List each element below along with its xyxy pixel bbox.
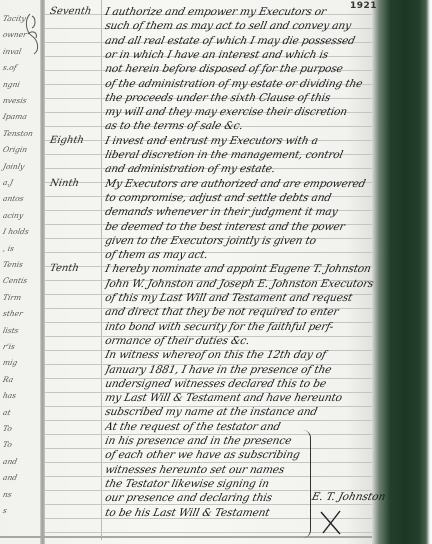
margin-note: aciny [2,211,24,220]
book-binding [372,0,432,544]
will-text-line: not herein before disposed of for the pu… [104,63,375,75]
margin-note: has [2,391,17,400]
margin-note: To [2,440,13,449]
ruled-line [45,504,372,505]
will-text-line: In witness whereof on this the 12th day … [104,349,375,361]
margin-note: owner [2,30,28,39]
attestation-brace [300,430,311,538]
attestation-line: witnesses hereunto set our names [104,464,303,476]
margin-note: nvesis [2,96,28,105]
attestation-line: of each other we have as subscribing [104,449,303,461]
margin-note: mig [2,358,18,367]
margin-note: Joinly [2,162,25,171]
margin-rule [101,0,102,540]
margin-note: To [2,424,13,433]
will-text-line: I hereby nominate and appoint Eugene T. … [104,263,375,275]
will-text-line: my will and they may exercise their disc… [104,106,375,118]
signature-mark-icon [318,508,344,536]
will-text-line: undersigned witnesses declared this to b… [104,378,375,390]
clause-label: Tenth [49,263,80,274]
margin-note: Tenis [2,260,24,269]
will-text-line: given to the Executors jointly is given … [104,235,375,247]
will-text-line: demands whenever in their judgment it ma… [104,206,375,218]
will-text-line: subscribed my name at the instance and [104,406,375,418]
will-text-line: such of them as may act to sell and conv… [104,20,375,32]
margin-note: s.of [2,63,17,72]
clause-label: Ninth [49,178,80,189]
margin-note: Origin [2,145,28,154]
will-text-line: and administration of my estate. [104,163,375,175]
will-text-line: into bond with security for the faithful… [104,321,375,333]
attestation-line: our presence and declaring this [104,492,303,504]
margin-note: Tirm [2,293,22,302]
ruled-line [45,476,372,477]
clause-label: Eighth [49,135,85,146]
will-text-line: or in which I have an interest and which… [104,49,375,61]
margin-note: and [2,457,18,466]
will-text-line: my Last Will & Testament and have hereun… [104,392,375,404]
will-text-line: and all real estate of which I may die p… [104,35,375,47]
margin-note: sther [2,309,24,318]
attestation-line: in his presence and in the presence [104,435,303,447]
margin-note: s [2,506,8,515]
margin-note: a.J [2,178,14,187]
testator-signature: E. T. Johnston [311,491,387,503]
margin-note: Ipama [2,112,28,121]
ruled-line [45,462,372,463]
margin-note: lists [2,326,19,335]
bottom-rule [0,536,372,538]
margin-note: antos [2,194,25,203]
margin-note: r'is [2,342,16,351]
margin-note: and [2,473,18,482]
will-text-line: January 1881, I have in the presence of … [104,364,375,376]
will-text-line: I invest and entrust my Executors with a [104,135,375,147]
will-text-line: ormance of their duties &c. [104,335,375,347]
margin-note: ngni [2,80,21,89]
margin-note: inval [2,47,22,56]
clause-label: Seventh [49,6,92,17]
will-text-line: of them as may act. [104,249,375,261]
margin-note: at [2,408,11,417]
will-text-line: the proceeds under the sixth Clause of t… [104,92,375,104]
margin-note: Centis [2,276,28,285]
will-text-line: of the administration of my estate or di… [104,78,375,90]
will-text-line: of this my Last Will and Testament and r… [104,292,375,304]
will-text-line: John W. Johnston and Joseph E. Johnston … [104,278,375,290]
ledger-page: 1921 Tacityownerinvals.ofngninvesisIpama… [0,0,432,544]
will-text-line: I authorize and empower my Executors or [104,6,375,18]
will-text-line: be deemed to the best interest and the p… [104,221,375,233]
will-text-line: as to the terms of sale &c. [104,120,375,132]
margin-note: , is [2,244,15,253]
margin-note: I holds [2,227,30,236]
will-text-line: My Executors are authorized and are empo… [104,178,375,190]
margin-note: Ra [2,375,14,384]
margin-note: ns [2,490,13,499]
attestation-line: to be his Last Will & Testament [104,507,303,519]
margin-note: Tacity [2,14,27,23]
attestation-line: At the request of the testator and [104,421,303,433]
will-text-line: to compromise, adjust and settle debts a… [104,192,375,204]
attestation-line: the Testator likewise signing in [104,478,303,490]
margin-note: Tenston [2,129,34,138]
will-text-line: and direct that they be not required to … [104,306,375,318]
will-text-line: liberal discretion in the management, co… [104,149,375,161]
